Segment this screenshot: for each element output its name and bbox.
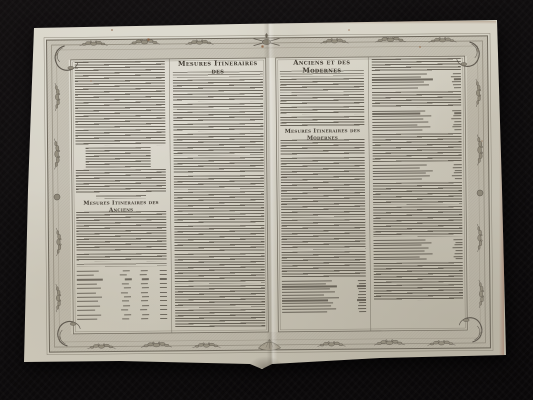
table-row xyxy=(77,286,167,291)
text-block xyxy=(75,61,166,128)
bottom-shell-cartouche xyxy=(258,339,280,350)
foxing-spot xyxy=(481,140,483,142)
text-block xyxy=(372,58,461,71)
left-page-title: Mesures Itineraires des xyxy=(173,60,263,70)
text-block xyxy=(75,129,165,146)
column-4 xyxy=(372,58,463,303)
right-page-title: Anciens et des Modernes xyxy=(280,59,364,69)
text-block xyxy=(281,157,366,218)
foxing-spot xyxy=(419,46,421,48)
text-block xyxy=(96,195,146,198)
foxing-spot xyxy=(90,80,92,82)
text-block xyxy=(372,133,461,162)
center-fold-crease xyxy=(263,22,277,366)
table-row xyxy=(77,268,167,273)
text-block xyxy=(173,111,263,122)
antique-paper-sheet: Mesures Itineraires des Anciens xyxy=(0,0,533,400)
text-block xyxy=(280,78,364,93)
subtitle-block xyxy=(173,71,263,78)
text-block xyxy=(280,116,364,127)
text-block xyxy=(280,106,364,115)
ornate-border-engraving xyxy=(0,0,533,400)
table-row xyxy=(77,272,167,277)
indented-list-block xyxy=(86,147,151,168)
column-3: Anciens et des Modernes Mesures Itinerai… xyxy=(280,59,366,315)
text-block xyxy=(173,123,263,132)
text-block xyxy=(174,157,264,174)
text-block xyxy=(76,169,166,194)
table-row xyxy=(77,277,167,282)
text-block xyxy=(174,225,264,252)
text-block xyxy=(174,175,264,190)
text-block xyxy=(175,285,265,308)
paper-shadow: Mesures Itineraires des Anciens xyxy=(0,0,533,400)
text-block xyxy=(175,309,265,328)
foxing-spot xyxy=(348,29,350,31)
table-row xyxy=(77,303,167,308)
list-block xyxy=(372,72,461,90)
text-block xyxy=(173,133,263,156)
table-row xyxy=(77,294,167,299)
text-block xyxy=(372,91,461,108)
paper-top-edge xyxy=(36,21,496,24)
text-block xyxy=(174,191,264,212)
text-block xyxy=(173,93,263,102)
text-block xyxy=(280,94,364,105)
text-block xyxy=(173,79,263,92)
list-block xyxy=(373,238,462,261)
table-row xyxy=(77,312,167,317)
text-block xyxy=(175,253,265,284)
foxing-spot xyxy=(111,29,113,31)
photo-backdrop: Mesures Itineraires des Anciens xyxy=(0,0,533,400)
text-block xyxy=(281,219,365,250)
text-block xyxy=(173,103,263,110)
top-center-ornament xyxy=(253,33,279,46)
text-block xyxy=(374,284,463,301)
moderns-section-header: Mesures Itineraires des Modernes xyxy=(280,128,364,138)
text-block xyxy=(373,206,462,237)
column-2: Mesures Itineraires des xyxy=(173,60,266,330)
table-row xyxy=(77,281,167,286)
table-row xyxy=(77,307,167,312)
ancients-section-header: Mesures Itineraires des Anciens xyxy=(76,200,166,210)
text-block xyxy=(373,182,462,205)
text-block xyxy=(77,263,167,267)
foxing-spot xyxy=(261,45,264,48)
bottom-fold-shadow xyxy=(248,356,284,368)
text-block xyxy=(76,211,166,252)
text-block xyxy=(282,251,366,278)
text-block xyxy=(77,253,167,262)
list-block xyxy=(372,109,461,132)
table-row xyxy=(77,299,167,304)
engraved-print-content: Mesures Itineraires des Anciens xyxy=(0,0,533,400)
text-block xyxy=(374,262,463,283)
table-row xyxy=(77,290,167,295)
subtitle-block xyxy=(280,70,364,77)
column-1: Mesures Itineraires des Anciens xyxy=(75,61,167,322)
text-block xyxy=(280,139,364,156)
list-block xyxy=(373,163,462,181)
list-block xyxy=(282,279,366,313)
text-block xyxy=(174,213,264,224)
foxing-spot xyxy=(147,38,150,41)
table-row xyxy=(77,316,167,321)
measures-table xyxy=(77,268,168,322)
paper-right-edge xyxy=(499,22,504,356)
